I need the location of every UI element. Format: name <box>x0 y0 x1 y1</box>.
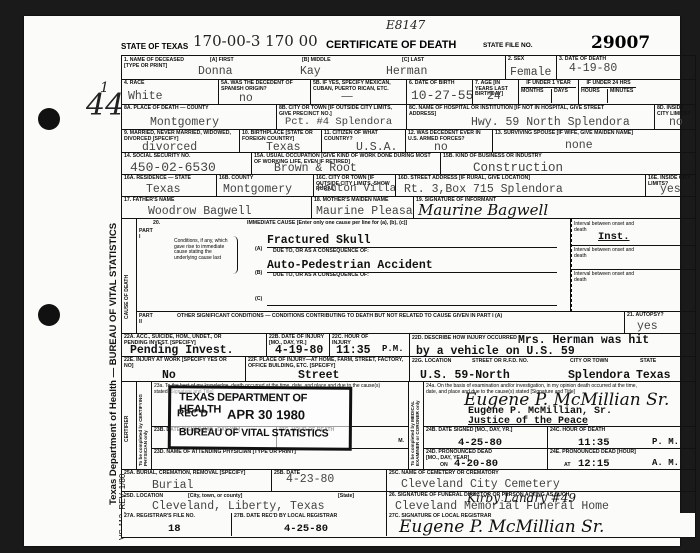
field-disposition-location: 25d. LOCATION [City, town, or county] [S… <box>122 492 387 514</box>
field-spanish-origin: 5a. WAS THE DECEDENT OF SPANISH ORIGIN? … <box>219 80 311 105</box>
date-of-death: 4-19-80 <box>569 62 617 75</box>
field-death-county: 8a. PLACE OF DEATH — COUNTY Montgomery <box>122 105 277 130</box>
middle-name: Kay <box>300 65 321 78</box>
field-ssn: 14. SOCIAL SECURITY NO. 450-02-6530 <box>122 153 252 175</box>
field-date-of-birth: 6. DATE OF BIRTH 10-27-55 <box>407 80 473 105</box>
state-file-number: 29007 <box>591 33 650 53</box>
field-death-city: 8b. CITY OR TOWN [If outside city limits… <box>277 105 407 130</box>
state-heading: STATE OF TEXAS <box>121 42 188 51</box>
field-sex: 2. SEX Female <box>506 56 557 80</box>
field-registrar-signature: 27c. SIGNATURE OF LOCAL REGISTRAR Eugene… <box>387 513 695 536</box>
funeral-director-signature: Kirby Landry #49 <box>467 492 576 505</box>
field-residence-state: 16a. RESIDENCE — STATE Texas <box>122 175 217 197</box>
field-cause-part2: PART II OTHER SIGNIFICANT CONDITIONS — C… <box>137 312 625 334</box>
field-injury-at-work: 22e. INJURY AT WORK [Specify yes or no] … <box>122 357 246 382</box>
handwritten-codes: 170-00-3 170 00 <box>193 32 318 50</box>
certifier-section-band: CERTIFIER <box>122 382 137 470</box>
field-coroner-certification: 24a. On the basis of examination and/or … <box>424 382 695 427</box>
field-hour-of-injury: 22c. HOUR OF INJURY 11:35 P.M. <box>330 334 410 357</box>
sex-value: Female <box>510 66 551 79</box>
field-hospital: 8c. NAME OF HOSPITAL OR INSTITUTION [If … <box>407 105 655 130</box>
department-heading: Texas Department of Health — BUREAU OF V… <box>108 223 119 505</box>
certificate-header: STATE OF TEXAS 170-00-3 170 00 E8147 CER… <box>121 34 696 52</box>
field-date-of-injury: 22b. DATE OF INJURY [Mo., Day, Yr.] 4-19… <box>267 334 330 357</box>
field-surviving-spouse: 13. SURVIVING SPOUSE [If wife, give maid… <box>493 130 695 153</box>
field-coroner-hour: 24c. HOUR OF DEATH 11:35 P. M. <box>548 427 695 449</box>
field-industry: 15b. KIND OF BUSINESS OR INDUSTRY Constr… <box>441 153 695 175</box>
certificate-form: 1. NAME OF DECEASED [Type or print] [a] … <box>121 55 696 515</box>
field-residence-street: 16d. STREET ADDRESS [If rural, give loca… <box>396 175 646 197</box>
punch-hole <box>38 304 60 326</box>
field-under-1-year: IF UNDER 1 YEAR Months Days <box>519 80 579 105</box>
field-place-of-injury: 22f. PLACE OF INJURY—At home, farm, stre… <box>246 357 410 382</box>
field-pronounced-hour: 24e. PRONOUNCED DEAD [Hour] AT 12:15 A. … <box>548 449 695 470</box>
field-father: 17. FATHER'S NAME Woodrow Bagwell <box>122 197 312 219</box>
physician-band: To be completed by CERTIFYING PHYSICIAN … <box>137 382 152 470</box>
punch-hole <box>38 108 60 130</box>
field-informant-signature: 19. SIGNATURE OF INFORMANT Maurine Bagwe… <box>414 197 695 219</box>
coroner-band: To be completed by MEDICAL EXAMINER or C… <box>409 382 424 470</box>
first-name: Donna <box>198 65 233 78</box>
field-coroner-date-signed: 24b. DATE SIGNED [Mo., Day, Yr.] 4-25-80 <box>424 427 548 449</box>
received-stamp: TEXAS DEPARTMENT OF HEALTH REC'D APR 30 … <box>168 385 353 451</box>
field-attending-physician: 23d. NAME OF ATTENDING PHYSICIAN [Type o… <box>152 449 409 470</box>
field-occupation: 15a. USUAL OCCUPATION [Give kind of work… <box>252 153 441 175</box>
field-marital-status: 9. MARRIED, NEVER MARRIED, WIDOWED, DIVO… <box>122 130 240 153</box>
field-residence-county: 16b. COUNTY Montgomery <box>217 175 314 197</box>
field-disposition-date: 25b. DATE 4-23-80 <box>272 470 387 492</box>
field-citizenship: 11. CITIZEN OF WHAT COUNTRY? U.S.A. <box>322 130 406 153</box>
field-mother: 18. MOTHER'S MAIDEN NAME Maurine Pleasan… <box>312 197 414 219</box>
field-name: 1. NAME OF DECEASED [Type or print] [a] … <box>122 56 506 80</box>
field-cause-part1: 20. PART I IMMEDIATE CAUSE [Enter only o… <box>137 219 571 312</box>
field-birthplace: 10. BIRTHPLACE [State or foreign country… <box>240 130 322 153</box>
field-residence-city: 16c. CITY OR TOWN [If outside city limit… <box>314 175 396 197</box>
registrar-signature: Eugene P. McMillian Sr. <box>399 517 604 536</box>
field-age: 7. AGE [In years last birthday] 24 <box>473 80 519 105</box>
field-injury-location: 22g. LOCATION STREET OR R.F.D. NO. CITY … <box>410 357 695 382</box>
last-name: Herman <box>386 65 427 78</box>
field-manner-of-death: 22a. ACC., SUICIDE, HOM., UNDET., OR PEN… <box>122 334 267 357</box>
field-registrar-date: 27b. DATE REC'D BY LOCAL REGISTRAR 4-25-… <box>232 513 387 536</box>
field-onset-intervals: Interval between onset and death Inst. I… <box>571 219 695 312</box>
field-funeral-director: 26. SIGNATURE OF FUNERAL DIRECTOR OR PER… <box>387 492 695 514</box>
cause-a: Fractured Skull <box>267 234 557 248</box>
bracket <box>233 236 238 274</box>
margin-note-small: 1 <box>100 80 109 96</box>
field-pronounced-date: 24d. PRONOUNCED DEAD [Mo., Day, Year] ON… <box>424 449 548 470</box>
handwritten-top-code: E8147 <box>386 18 425 32</box>
field-under-24-hours: IF UNDER 24 HRS Hours Minutes <box>579 80 695 105</box>
field-race: 4. RACE White <box>122 80 219 105</box>
field-injury-description: 22d. DESCRIBE HOW INJURY OCCURRED Mrs. H… <box>410 334 695 357</box>
state-file-label: STATE FILE NO. <box>483 42 533 49</box>
cause-b: Auto-Pedestrian Accident <box>267 259 557 273</box>
field-disposition: 25a. BURIAL, CREMATION, REMOVAL [Specify… <box>122 470 272 492</box>
date-of-birth: 10-27-55 <box>411 88 473 103</box>
field-autopsy: 21. AUTOPSY? yes <box>625 312 695 334</box>
field-date-of-death: 3. DATE OF DEATH 4-19-80 <box>557 56 695 80</box>
field-armed-forces: 12. WAS DECEDENT EVER IN U.S. ARMED FORC… <box>406 130 493 153</box>
cause-section-band: CAUSE OF DEATH <box>122 219 137 334</box>
field-spanish-specify: 5b. IF YES, SPECIFY MEXICAN, CUBAN, PUER… <box>311 80 407 105</box>
certificate-title: CERTIFICATE OF DEATH <box>326 39 456 51</box>
field-inside-city-limits: 8d. INSIDE CITY LIMITS? no <box>655 105 695 130</box>
registrar-row: 27a. REGISTRAR'S FILE NO. 18 27b. DATE R… <box>121 513 696 538</box>
field-cemetery: 25c. NAME OF CEMETERY OR CREMATORY Cleve… <box>387 470 695 492</box>
field-residence-inside-limits: 16e. INSIDE CITY LIMITS? yes <box>646 175 695 197</box>
race-value: White <box>128 90 163 103</box>
field-registrar-file-no: 27a. REGISTRAR'S FILE NO. 18 <box>122 513 232 536</box>
informant-signature: Maurine Bagwell <box>418 201 548 219</box>
